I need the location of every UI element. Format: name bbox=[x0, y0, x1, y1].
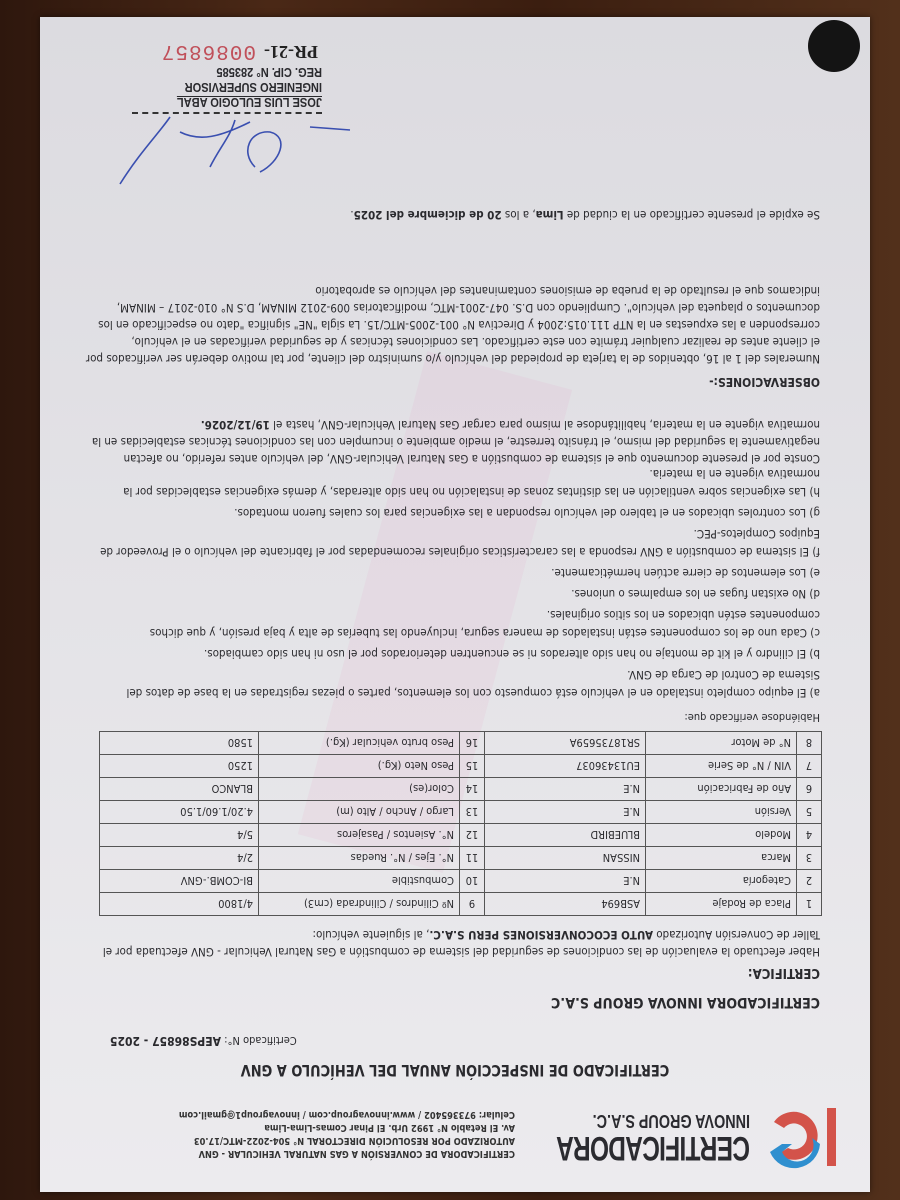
table-cell: 2 bbox=[797, 870, 822, 893]
table-cell: Categoría bbox=[646, 870, 797, 893]
table-row: 3MarcaNISSAN11N°. Ejes / N°. Ruedas2/4 bbox=[100, 847, 822, 870]
table-cell: N.E bbox=[485, 801, 646, 824]
contact-block: CERTIFICADORA DE CONVERSIÓN A GAS NATURA… bbox=[150, 1108, 515, 1160]
table-row: 4ModeloBLUEBIRD12N°. Asientos / Pasajero… bbox=[100, 824, 822, 847]
table-cell: 4.20/1.60/1.50 bbox=[100, 801, 259, 824]
table-row: 5VersiónN.E13Largo / Ancho / Alto (m)4.2… bbox=[100, 801, 822, 824]
table-row: 2CategoríaN.E10CombustibleBI-COMB.-GNV bbox=[100, 870, 822, 893]
document-title: CERTIFICADO DE INSPECCIÓN ANUAL DEL VEHÍ… bbox=[40, 1061, 870, 1080]
table-cell: 5/4 bbox=[100, 824, 259, 847]
certificate-page: CERTIFICADORA INNOVA GROUP S.A.C. CERTIF… bbox=[40, 17, 870, 1192]
table-cell: N° de Motor bbox=[646, 732, 797, 755]
table-cell: Largo / Ancho / Alto (m) bbox=[259, 801, 460, 824]
table-cell: N°. Ejes / N°. Ruedas bbox=[259, 847, 460, 870]
serial-number: PR-21-0086857 bbox=[161, 39, 318, 62]
rotated-document-photo: CERTIFICADORA INNOVA GROUP S.A.C. CERTIF… bbox=[0, 0, 900, 1200]
observations-text: Numerales del 1 al 16, obtenidos de la t… bbox=[85, 282, 820, 367]
check-item: d) No existan fugas en los empalmes o un… bbox=[85, 585, 820, 603]
table-cell: NISSAN bbox=[485, 847, 646, 870]
table-cell: 3 bbox=[797, 847, 822, 870]
table-cell: 8 bbox=[797, 732, 822, 755]
table-cell: BI-COMB.-GNV bbox=[100, 870, 259, 893]
table-cell: Peso Neto (Kg.) bbox=[259, 755, 460, 778]
table-cell: 7 bbox=[797, 755, 822, 778]
table-cell: 16 bbox=[460, 732, 485, 755]
brand-name: CERTIFICADORA INNOVA GROUP S.A.C. bbox=[482, 1112, 750, 1166]
table-cell: 2/4 bbox=[100, 847, 259, 870]
table-cell: N.E bbox=[485, 870, 646, 893]
conste-paragraph: Conste por el presente documento que el … bbox=[85, 416, 820, 467]
table-cell: Peso bruto vehicular (Kg.) bbox=[259, 732, 460, 755]
table-cell: 10 bbox=[460, 870, 485, 893]
table-cell: 4 bbox=[797, 824, 822, 847]
certifica-heading: CERTIFICA: bbox=[748, 965, 820, 980]
table-cell: 1250 bbox=[100, 755, 259, 778]
observations-heading: OBSERVACIONES:- bbox=[709, 375, 820, 389]
check-item: c) Cada uno de los componentes están ins… bbox=[85, 606, 820, 642]
check-item: b) El cilindro y el kit de montaje no ha… bbox=[85, 645, 820, 663]
verified-label: Habiéndose verificado que: bbox=[684, 711, 820, 724]
punch-hole bbox=[808, 20, 860, 72]
letterhead: CERTIFICADORA INNOVA GROUP S.A.C. CERTIF… bbox=[80, 1096, 840, 1176]
company-name: CERTIFICADORA INNOVA GROUP S.A.C bbox=[551, 994, 820, 1010]
table-cell: 1 bbox=[797, 893, 822, 916]
verification-checklist: a) El equipo completo instalado en el ve… bbox=[85, 462, 820, 702]
innova-logo-icon bbox=[760, 1102, 840, 1174]
table-cell: 14 bbox=[460, 778, 485, 801]
table-cell: SR18735659A bbox=[485, 732, 646, 755]
table-row: 8N° de MotorSR18735659A16Peso bruto vehi… bbox=[100, 732, 822, 755]
issue-statement: Se expide el presente certificado en la … bbox=[350, 208, 820, 222]
table-cell: 12 bbox=[460, 824, 485, 847]
table-cell: Año de Fabricación bbox=[646, 778, 797, 801]
table-cell: 5 bbox=[797, 801, 822, 824]
table-cell: BLUEBIRD bbox=[485, 824, 646, 847]
table-cell: 13 bbox=[460, 801, 485, 824]
table-cell: 1580 bbox=[100, 732, 259, 755]
table-row: 6Año de FabricaciónN.E14Color(es)BLANCO bbox=[100, 778, 822, 801]
certificate-number: Certificado N°: AEPS86857 - 2025 bbox=[110, 1034, 297, 1048]
check-item: h) Las exigencias sobre ventilación en l… bbox=[85, 465, 820, 501]
check-item: f) El sistema de combustión a GNV respon… bbox=[85, 525, 820, 561]
check-item: a) El equipo completo instalado en el ve… bbox=[85, 666, 820, 702]
signer-block: JOSE LUIS EULOGIO ABAL INGENIERO SUPERVI… bbox=[151, 65, 322, 110]
table-cell: ASB694 bbox=[485, 893, 646, 916]
table-cell: Marca bbox=[646, 847, 797, 870]
table-cell: EU13436037 bbox=[485, 755, 646, 778]
table-cell: VIN / N° de Serie bbox=[646, 755, 797, 778]
check-item: e) Los elementos de cierre actúen hermét… bbox=[85, 564, 820, 582]
vehicle-data-table: 1Placa de RodajeASB6949Nº Cilindros / Ci… bbox=[99, 731, 822, 916]
table-cell: Placa de Rodaje bbox=[646, 893, 797, 916]
table-cell: N°. Asientos / Pasajeros bbox=[259, 824, 460, 847]
signature-line bbox=[132, 112, 322, 114]
handwritten-signature-icon bbox=[100, 112, 370, 192]
table-cell: Color(es) bbox=[259, 778, 460, 801]
table-cell: 6 bbox=[797, 778, 822, 801]
table-cell: BLANCO bbox=[100, 778, 259, 801]
table-cell: Combustible bbox=[259, 870, 460, 893]
table-row: 7VIN / N° de SerieEU1343603715Peso Neto … bbox=[100, 755, 822, 778]
table-cell: 11 bbox=[460, 847, 485, 870]
table-cell: Modelo bbox=[646, 824, 797, 847]
intro-paragraph: Haber efectuado la evaluación de las con… bbox=[90, 926, 820, 960]
check-item: g) Los controles ubicados en el tablero … bbox=[85, 504, 820, 522]
table-row: 1Placa de RodajeASB6949Nº Cilindros / Ci… bbox=[100, 893, 822, 916]
table-cell: Nº Cilindros / Cilindrada (cm3) bbox=[259, 893, 460, 916]
table-cell: 15 bbox=[460, 755, 485, 778]
table-cell: N.E bbox=[485, 778, 646, 801]
table-cell: 4/1800 bbox=[100, 893, 259, 916]
table-cell: Versión bbox=[646, 801, 797, 824]
table-cell: 9 bbox=[460, 893, 485, 916]
